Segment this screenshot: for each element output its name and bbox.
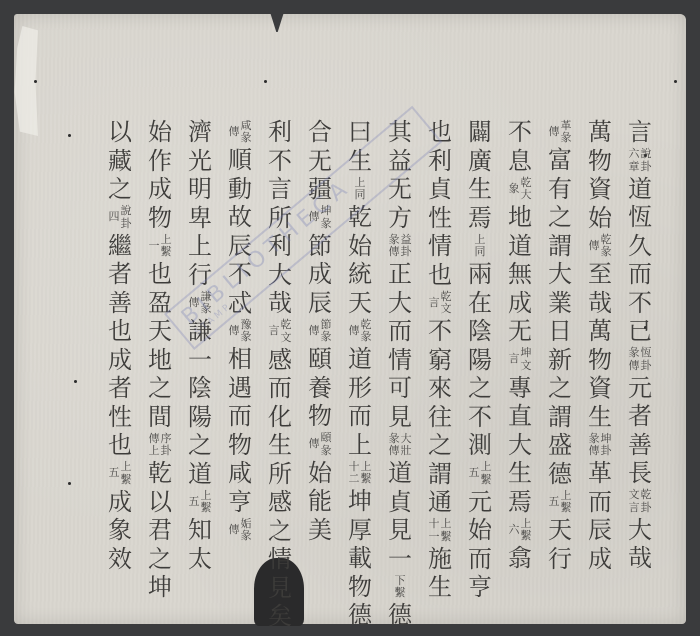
text-column: 其益无方益卦彖傳正大而情可見大壯彖傳道貞見一下繫德: [383, 118, 417, 630]
glyph: 辰: [308, 289, 332, 318]
punctuation-dot: [34, 80, 37, 83]
glyph: 成: [108, 488, 132, 517]
glyph: 之: [468, 374, 492, 403]
glyph: 感: [268, 346, 292, 375]
glyph: 動: [228, 175, 252, 204]
glyph: 不: [628, 289, 652, 318]
glyph: 不: [268, 147, 292, 176]
glyph: 息: [508, 147, 532, 176]
glyph: 合: [308, 118, 332, 147]
glyph: 萬: [588, 118, 612, 147]
glyph: 可: [388, 374, 412, 403]
text-column: 利不言所利大哉乾文言感而化生所感之情見矣: [263, 118, 297, 631]
source-annotation: 下繫: [394, 573, 406, 601]
source-annotation: 上繫一: [148, 232, 172, 260]
glyph: 地: [508, 203, 532, 232]
punctuation-dot: [68, 482, 71, 485]
glyph: 之: [148, 545, 172, 574]
text-column: 闢廣生焉上同兩在陰陽之不測上繫五元始而亨: [463, 118, 497, 602]
glyph: 性: [108, 403, 132, 432]
annotation-line: 下繫: [394, 575, 406, 600]
annotation-line: 乾彖: [600, 234, 612, 259]
page-tear: [270, 12, 284, 32]
glyph: 也: [148, 260, 172, 289]
source-annotation: 革彖傳: [548, 118, 572, 146]
glyph: 藏: [108, 147, 132, 176]
glyph: 者: [628, 402, 652, 431]
glyph: 一: [388, 545, 412, 574]
annotation-line: 上繫: [360, 461, 372, 486]
glyph: 業: [548, 289, 572, 318]
text-column: 革彖傳富有之謂大業日新之謂盛德上繫五天行: [543, 118, 577, 573]
source-annotation: 大壯彖傳: [388, 431, 412, 459]
glyph: 焉: [468, 204, 492, 233]
source-annotation: 上同: [474, 232, 486, 260]
glyph: 厚: [348, 516, 372, 545]
glyph: 矣: [268, 602, 292, 631]
glyph: 不: [428, 317, 452, 346]
glyph: 而: [588, 488, 612, 517]
glyph: 德: [388, 601, 412, 630]
glyph: 之: [548, 203, 572, 232]
glyph: 言: [628, 118, 652, 147]
text-column: 咸彖傳順動故辰不忒豫彖傳相遇而物咸亨姤彖傳: [223, 118, 257, 544]
annotation-line: 五: [548, 496, 560, 509]
source-annotation: 豫彖傳: [228, 317, 252, 345]
glyph: 大: [508, 431, 532, 460]
annotation-line: 五: [468, 467, 480, 480]
annotation-line: 六: [508, 524, 520, 537]
source-annotation: 乾文言: [428, 289, 452, 317]
glyph: 哉: [588, 289, 612, 318]
annotation-line: 說卦: [120, 205, 132, 230]
glyph: 哉: [628, 544, 652, 573]
glyph: 測: [468, 431, 492, 460]
annotation-line: 頤彖: [320, 432, 332, 457]
glyph: 生: [428, 573, 452, 602]
source-annotation: 說卦四: [108, 204, 132, 232]
glyph: 謂: [548, 403, 572, 432]
glyph: 來: [428, 374, 452, 403]
annotation-line: 言: [428, 297, 440, 310]
annotation-line: 上繫: [520, 518, 532, 543]
glyph: 之: [188, 431, 212, 460]
glyph: 哉: [268, 289, 292, 318]
annotation-line: 傳: [308, 325, 320, 338]
annotation-line: 乾文: [280, 319, 292, 344]
glyph: 物: [228, 431, 252, 460]
glyph: 化: [268, 403, 292, 432]
glyph: 專: [508, 374, 532, 403]
glyph: 日: [548, 317, 572, 346]
glyph: 物: [348, 573, 372, 602]
annotation-line: 五: [108, 467, 120, 480]
glyph: 物: [588, 346, 612, 375]
glyph: 焉: [508, 488, 532, 517]
annotation-line: 坤卦: [600, 433, 612, 458]
glyph: 而: [468, 545, 492, 574]
annotation-line: 十一: [428, 518, 440, 543]
source-annotation: 乾大象: [508, 175, 532, 203]
glyph: 卑: [188, 204, 212, 233]
glyph: 始: [148, 118, 172, 147]
glyph: 謂: [428, 460, 452, 489]
glyph: 繼: [108, 232, 132, 261]
annotation-line: 上繫: [440, 518, 452, 543]
glyph: 坤: [148, 573, 172, 602]
source-annotation: 上繫五: [548, 488, 572, 516]
annotation-line: 五: [188, 496, 200, 509]
annotation-line: 坤文: [520, 347, 532, 372]
annotation-line: 上同: [474, 234, 486, 259]
manuscript-page: 言說卦六章道恆久而不已恆卦彖傳元者善長乾卦文言大哉萬物資始乾彖傳至哉萬物資生坤卦…: [14, 14, 686, 624]
glyph: 美: [308, 516, 332, 545]
glyph: 廣: [468, 147, 492, 176]
glyph: 元: [468, 488, 492, 517]
glyph: 能: [308, 487, 332, 516]
glyph: 在: [468, 289, 492, 318]
glyph: 形: [348, 374, 372, 403]
source-annotation: 節彖傳: [308, 317, 332, 345]
source-annotation: 坤卦彖傳: [588, 431, 612, 459]
glyph: 窮: [428, 346, 452, 375]
source-annotation: 恆卦彖傳: [628, 346, 652, 374]
source-annotation: 上繫五: [188, 488, 212, 516]
glyph: 始: [468, 516, 492, 545]
glyph: 地: [148, 346, 172, 375]
text-column: 始作成物上繫一也盈天地之間序卦傳上乾以君之坤: [143, 118, 177, 602]
source-annotation: 上繫五: [108, 460, 132, 488]
glyph: 以: [108, 118, 132, 147]
glyph: 言: [268, 175, 292, 204]
glyph: 君: [148, 516, 172, 545]
glyph: 之: [428, 431, 452, 460]
annotation-line: 上繫: [120, 461, 132, 486]
annotation-line: 大壯: [400, 433, 412, 458]
annotation-line: 乾卦: [640, 489, 652, 514]
source-annotation: 上繫五: [468, 460, 492, 488]
annotation-line: 乾文: [440, 291, 452, 316]
glyph: 成: [108, 346, 132, 375]
source-annotation: 上繫十一: [428, 517, 452, 545]
glyph: 貞: [388, 488, 412, 517]
glyph: 善: [628, 431, 652, 460]
glyph: 明: [188, 175, 212, 204]
annotation-line: 彖傳: [628, 347, 640, 372]
glyph: 方: [388, 204, 412, 233]
glyph: 亨: [468, 573, 492, 602]
glyph: 生: [588, 403, 612, 432]
annotation-line: 彖傳: [388, 433, 400, 458]
source-annotation: 說卦六章: [628, 147, 652, 175]
punctuation-dot: [674, 80, 677, 83]
annotation-line: 傳: [308, 438, 320, 451]
glyph: 者: [108, 374, 132, 403]
annotation-line: 傳: [228, 325, 240, 338]
glyph: 亨: [228, 488, 252, 517]
annotation-line: 四: [108, 211, 120, 224]
annotation-line: 上繫: [200, 490, 212, 515]
source-annotation: 坤文言: [508, 346, 532, 374]
glyph: 生: [268, 431, 292, 460]
glyph: 資: [588, 175, 612, 204]
annotation-line: 乾大: [520, 177, 532, 202]
glyph: 天: [348, 289, 372, 318]
glyph: 成: [148, 175, 172, 204]
annotation-line: 節彖: [320, 319, 332, 344]
source-annotation: 上繫六: [508, 516, 532, 544]
glyph: 始: [588, 204, 612, 233]
glyph: 也: [428, 261, 452, 290]
glyph: 情: [268, 545, 292, 574]
glyph: 天: [548, 516, 572, 545]
annotation-line: 言: [268, 325, 280, 338]
glyph: 坤: [348, 487, 372, 516]
glyph: 之: [268, 517, 292, 546]
source-annotation: 姤彖傳: [228, 516, 252, 544]
glyph: 感: [268, 488, 292, 517]
annotation-line: 恆卦: [640, 347, 652, 372]
glyph: 恆: [628, 203, 652, 232]
glyph: 之: [148, 374, 172, 403]
glyph: 已: [628, 317, 652, 346]
glyph: 故: [228, 203, 252, 232]
glyph: 情: [388, 346, 412, 375]
annotation-line: 傳: [348, 325, 360, 338]
glyph: 見: [388, 516, 412, 545]
glyph: 而: [388, 317, 412, 346]
text-column: 濟光明卑上行謙彖傳謙一陰陽之道上繫五知太: [183, 118, 217, 573]
annotation-line: 傳上: [148, 433, 160, 458]
annotation-line: 傳: [548, 126, 560, 139]
glyph: 久: [628, 232, 652, 261]
glyph: 濟: [188, 118, 212, 147]
glyph: 行: [548, 545, 572, 574]
annotation-line: 益卦: [400, 234, 412, 259]
source-annotation: 咸彖傳: [228, 118, 252, 146]
glyph: 也: [108, 317, 132, 346]
annotation-line: 革彖: [560, 120, 572, 145]
glyph: 道: [628, 175, 652, 204]
glyph: 道: [388, 459, 412, 488]
glyph: 物: [308, 402, 332, 431]
glyph: 闢: [468, 118, 492, 147]
glyph: 元: [628, 374, 652, 403]
source-annotation: 乾彖傳: [348, 317, 372, 345]
glyph: 新: [548, 346, 572, 375]
glyph: 者: [108, 260, 132, 289]
text-column: 以藏之說卦四繼者善也成者性也上繫五成象效: [103, 118, 137, 573]
glyph: 道: [188, 460, 212, 489]
text-column: 言說卦六章道恆久而不已恆卦彖傳元者善長乾卦文言大哉: [623, 118, 657, 573]
glyph: 往: [428, 403, 452, 432]
glyph: 有: [548, 175, 572, 204]
glyph: 作: [148, 147, 172, 176]
glyph: 陽: [188, 403, 212, 432]
glyph: 乾: [148, 459, 172, 488]
glyph: 革: [588, 459, 612, 488]
glyph: 道: [348, 345, 372, 374]
glyph: 無: [508, 260, 532, 289]
glyph: 德: [548, 460, 572, 489]
annotation-line: 六章: [628, 148, 640, 173]
annotation-line: 彖傳: [388, 234, 400, 259]
source-annotation: 上繫十二: [348, 459, 372, 487]
glyph: 太: [188, 545, 212, 574]
glyph: 陰: [468, 317, 492, 346]
glyph: 統: [348, 260, 372, 289]
glyph: 也: [108, 431, 132, 460]
glyph: 大: [628, 516, 652, 545]
source-annotation: 序卦傳上: [148, 431, 172, 459]
annotation-line: 說卦: [640, 148, 652, 173]
glyph: 間: [148, 403, 172, 432]
glyph: 天: [148, 317, 172, 346]
glyph: 至: [588, 260, 612, 289]
source-annotation: 益卦彖傳: [388, 232, 412, 260]
annotation-line: 序卦: [160, 433, 172, 458]
glyph: 而: [348, 402, 372, 431]
glyph: 而: [228, 402, 252, 431]
glyph: 遇: [228, 374, 252, 403]
glyph: 性: [428, 204, 452, 233]
annotation-line: 傳: [588, 240, 600, 253]
glyph: 盛: [548, 431, 572, 460]
glyph: 情: [428, 232, 452, 261]
glyph: 通: [428, 488, 452, 517]
glyph: 象: [108, 516, 132, 545]
glyph: 之: [548, 374, 572, 403]
annotation-line: 一: [148, 240, 160, 253]
glyph: 善: [108, 289, 132, 318]
annotation-line: 象: [508, 183, 520, 196]
glyph: 資: [588, 374, 612, 403]
glyph: 兩: [468, 260, 492, 289]
glyph: 辰: [588, 516, 612, 545]
glyph: 效: [108, 545, 132, 574]
annotation-line: 豫彖: [240, 319, 252, 344]
glyph: 咸: [228, 459, 252, 488]
glyph: 光: [188, 147, 212, 176]
source-annotation: 乾彖傳: [588, 232, 612, 260]
glyph: 見: [268, 574, 292, 603]
annotation-line: 彖傳: [588, 433, 600, 458]
glyph: 物: [148, 204, 172, 233]
annotation-line: 傳: [228, 524, 240, 537]
glyph: 成: [508, 289, 532, 318]
glyph: 一: [188, 346, 212, 375]
annotation-line: 姤彖: [240, 518, 252, 543]
annotation-line: 文言: [628, 489, 640, 514]
glyph: 不: [508, 118, 532, 147]
annotation-line: 上繫: [160, 234, 172, 259]
text-column: 也利貞性情也乾文言不窮來往之謂通上繫十一施生: [423, 118, 457, 602]
glyph: 見: [388, 403, 412, 432]
glyph: 陰: [188, 374, 212, 403]
glyph: 上: [348, 431, 372, 460]
glyph: 貞: [428, 175, 452, 204]
glyph: 知: [188, 516, 212, 545]
glyph: 養: [308, 374, 332, 403]
text-column: 不息乾大象地道無成无坤文言專直大生焉上繫六翕: [503, 118, 537, 573]
annotation-line: 咸彖: [240, 120, 252, 145]
source-annotation: 頤彖傳: [308, 431, 332, 459]
glyph: 之: [108, 175, 132, 204]
glyph: 以: [148, 488, 172, 517]
glyph: 萬: [588, 317, 612, 346]
punctuation-dot: [74, 380, 77, 383]
source-annotation: 乾卦文言: [628, 488, 652, 516]
glyph: 生: [508, 459, 532, 488]
glyph: 上: [188, 232, 212, 261]
glyph: 道: [508, 232, 532, 261]
glyph: 生: [468, 175, 492, 204]
glyph: 施: [428, 545, 452, 574]
annotation-line: 乾彖: [360, 319, 372, 344]
annotation-line: 十二: [348, 461, 360, 486]
glyph: 不: [468, 403, 492, 432]
glyph: 大: [388, 289, 412, 318]
punctuation-dot: [68, 134, 71, 137]
glyph: 直: [508, 402, 532, 431]
glyph: 无: [308, 147, 332, 176]
glyph: 而: [628, 260, 652, 289]
glyph: 利: [268, 118, 292, 147]
text-column: 萬物資始乾彖傳至哉萬物資生坤卦彖傳革而辰成: [583, 118, 617, 573]
glyph: 載: [348, 544, 372, 573]
glyph: 順: [228, 146, 252, 175]
glyph: 大: [548, 260, 572, 289]
glyph: 而: [268, 374, 292, 403]
punctuation-dot: [264, 80, 267, 83]
annotation-line: 上繫: [560, 490, 572, 515]
glyph: 頤: [308, 345, 332, 374]
glyph: 翕: [508, 544, 532, 573]
glyph: 陽: [468, 346, 492, 375]
glyph: 物: [588, 147, 612, 176]
glyph: 德: [348, 601, 372, 630]
glyph: 所: [268, 460, 292, 489]
glyph: 始: [348, 232, 372, 261]
glyph: 謂: [548, 232, 572, 261]
glyph: 始: [308, 459, 332, 488]
glyph: 正: [388, 260, 412, 289]
glyph: 長: [628, 459, 652, 488]
glyph: 富: [548, 146, 572, 175]
annotation-line: 上繫: [480, 461, 492, 486]
source-annotation: 乾文言: [268, 318, 292, 346]
annotation-line: 言: [508, 353, 520, 366]
glyph: 成: [308, 260, 332, 289]
glyph: 无: [508, 317, 532, 346]
glyph: 成: [588, 545, 612, 574]
annotation-line: 傳: [228, 126, 240, 139]
glyph: 相: [228, 345, 252, 374]
